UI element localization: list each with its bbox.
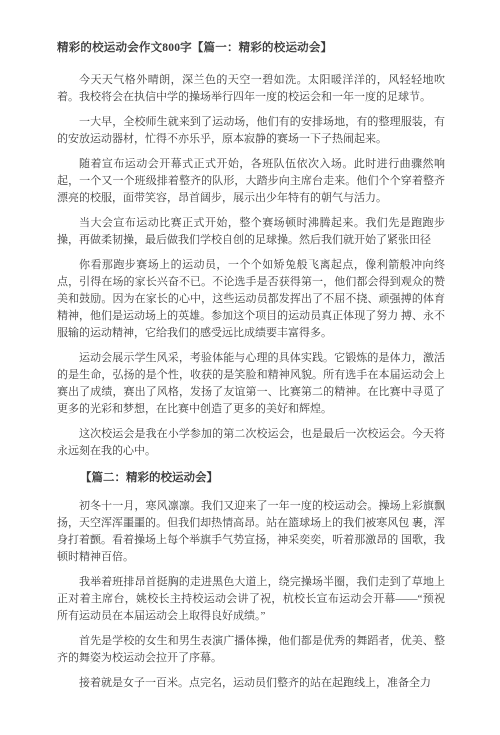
paragraph: 你看那跑步赛场上的运动员，一个个如矫兔般飞离起点，像利箭般冲向终点，引得在场的家… (57, 257, 445, 342)
paragraph: 我举着班排昂首挺胸的走进黑色大道上，绕完操场半圈，我们走到了草地上正对着主席台，… (57, 574, 445, 625)
paragraph: 接着就是女子一百米。点完名，运动员们整齐的站在起跑线上，准备全力 (57, 675, 445, 692)
document-content: 精彩的校运动会作文800字【篇一：精彩的校运动会】 今天天气格外晴朗，深兰色的天… (0, 0, 500, 692)
paragraph: 初冬十一月，寒风凛凛。我们又迎来了一年一度的校运动会。操场上彩旗飘扬，天空浑浑噩… (57, 498, 445, 566)
paragraph: 运动会展示学生风采，考验体能与心理的具体实践。它锻炼的是体力，激活的是生命，弘扬… (57, 350, 445, 418)
document-page: 精彩的校运动会作文800字【篇一：精彩的校运动会】 今天天气格外晴朗，深兰色的天… (0, 0, 500, 735)
section-2-heading: 【篇二：精彩的校运动会】 (57, 470, 445, 487)
paragraph: 这次校运会是我在小学参加的第二次校运会，也是最后一次校运会。今天将永远刻在我的心… (57, 426, 445, 460)
paragraph: 今天天气格外晴朗，深兰色的天空一碧如洗。太阳暖洋洋的，风轻轻地吹着。我校将会在执… (57, 72, 445, 106)
paragraph: 首先是学校的女生和男生表演广播体操，他们都是优秀的舞蹈者，优美、整齐的舞姿为校运… (57, 633, 445, 667)
paragraph: 当大会宣布运动比赛正式开始，整个赛场顿时沸腾起来。我们先是跑跑步操，再做柔韧操，… (57, 215, 445, 249)
document-title: 精彩的校运动会作文800字【篇一：精彩的校运动会】 (57, 40, 445, 57)
paragraph: 随着宣布运动会开幕式正式开始，各班队伍依次入场。此时进行曲骤然响起，一个又一个班… (57, 156, 445, 207)
paragraph: 一大早，全校师生就来到了运动场，他们有的安排场地，有的整理服装，有的安放运动器材… (57, 114, 445, 148)
